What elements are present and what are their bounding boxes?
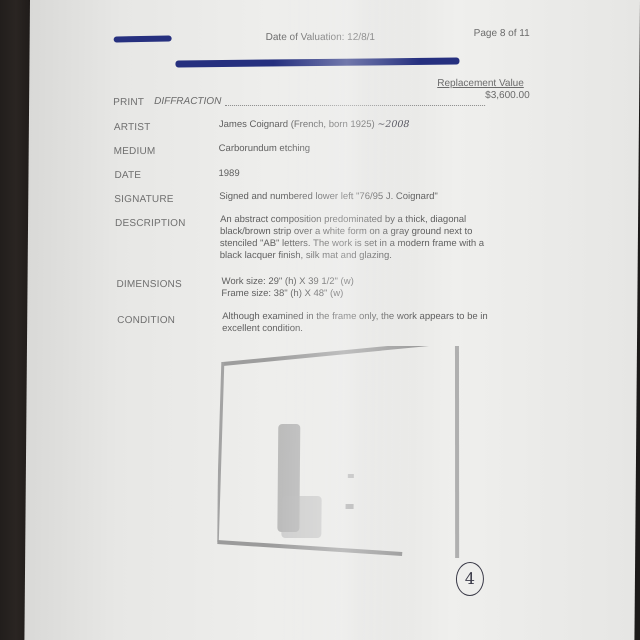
date-value: 1989	[218, 168, 239, 180]
work-size: Work size: 29" (h) X 39 1/2" (w)	[221, 276, 353, 288]
redaction-mark-1	[114, 35, 172, 42]
description-label: DESCRIPTION	[115, 218, 186, 229]
medium-value: Carborundum etching	[219, 143, 310, 155]
appraisal-page: Date of Valuation: 12/8/1 Page 8 of 11 R…	[24, 0, 640, 640]
handwritten-circled-number: 4	[456, 562, 484, 596]
description-line: An abstract composition predominated by …	[220, 214, 484, 226]
date-label: DATE	[114, 170, 141, 181]
artist-death-year-handwritten: ~2008	[377, 119, 409, 130]
condition-line: excellent condition.	[222, 323, 488, 335]
artist-value: James Coignard (French, born 1925) ~2008	[219, 119, 410, 131]
signature-label: SIGNATURE	[114, 194, 174, 205]
medium-label: MEDIUM	[114, 146, 156, 157]
page-number: Page 8 of 11	[474, 28, 530, 39]
date-of-valuation: Date of Valuation: 12/8/1	[266, 32, 375, 43]
artist-name: James Coignard (French, born 1925)	[219, 119, 375, 130]
leader-dots	[225, 105, 485, 106]
framed-artwork-image	[217, 346, 499, 566]
frame-size: Frame size: 38" (h) X 48" (w)	[221, 288, 353, 300]
signature-value: Signed and numbered lower left "76/95 J.…	[219, 191, 438, 203]
condition-value: Although examined in the frame only, the…	[222, 311, 488, 335]
description-line: black lacquer finish, silk mat and glazi…	[220, 250, 484, 262]
description-value: An abstract composition predominated by …	[220, 214, 485, 262]
artist-label: ARTIST	[114, 122, 151, 133]
condition-line: Although examined in the frame only, the…	[222, 311, 488, 323]
replacement-value-label: Replacement Value	[437, 78, 524, 89]
dimensions-label: DIMENSIONS	[116, 279, 181, 290]
artwork-photo	[217, 346, 499, 566]
replacement-value-amount: $3,600.00	[485, 90, 530, 101]
print-title: DIFFRACTION	[154, 96, 221, 107]
condition-label: CONDITION	[117, 315, 175, 326]
dimensions-value: Work size: 29" (h) X 39 1/2" (w) Frame s…	[221, 276, 353, 300]
description-line: stenciled "AB" letters. The work is set …	[220, 238, 484, 250]
redaction-mark-2	[175, 58, 459, 68]
description-line: black/brown strip over a white form on a…	[220, 226, 484, 238]
print-label: PRINT	[113, 97, 144, 108]
